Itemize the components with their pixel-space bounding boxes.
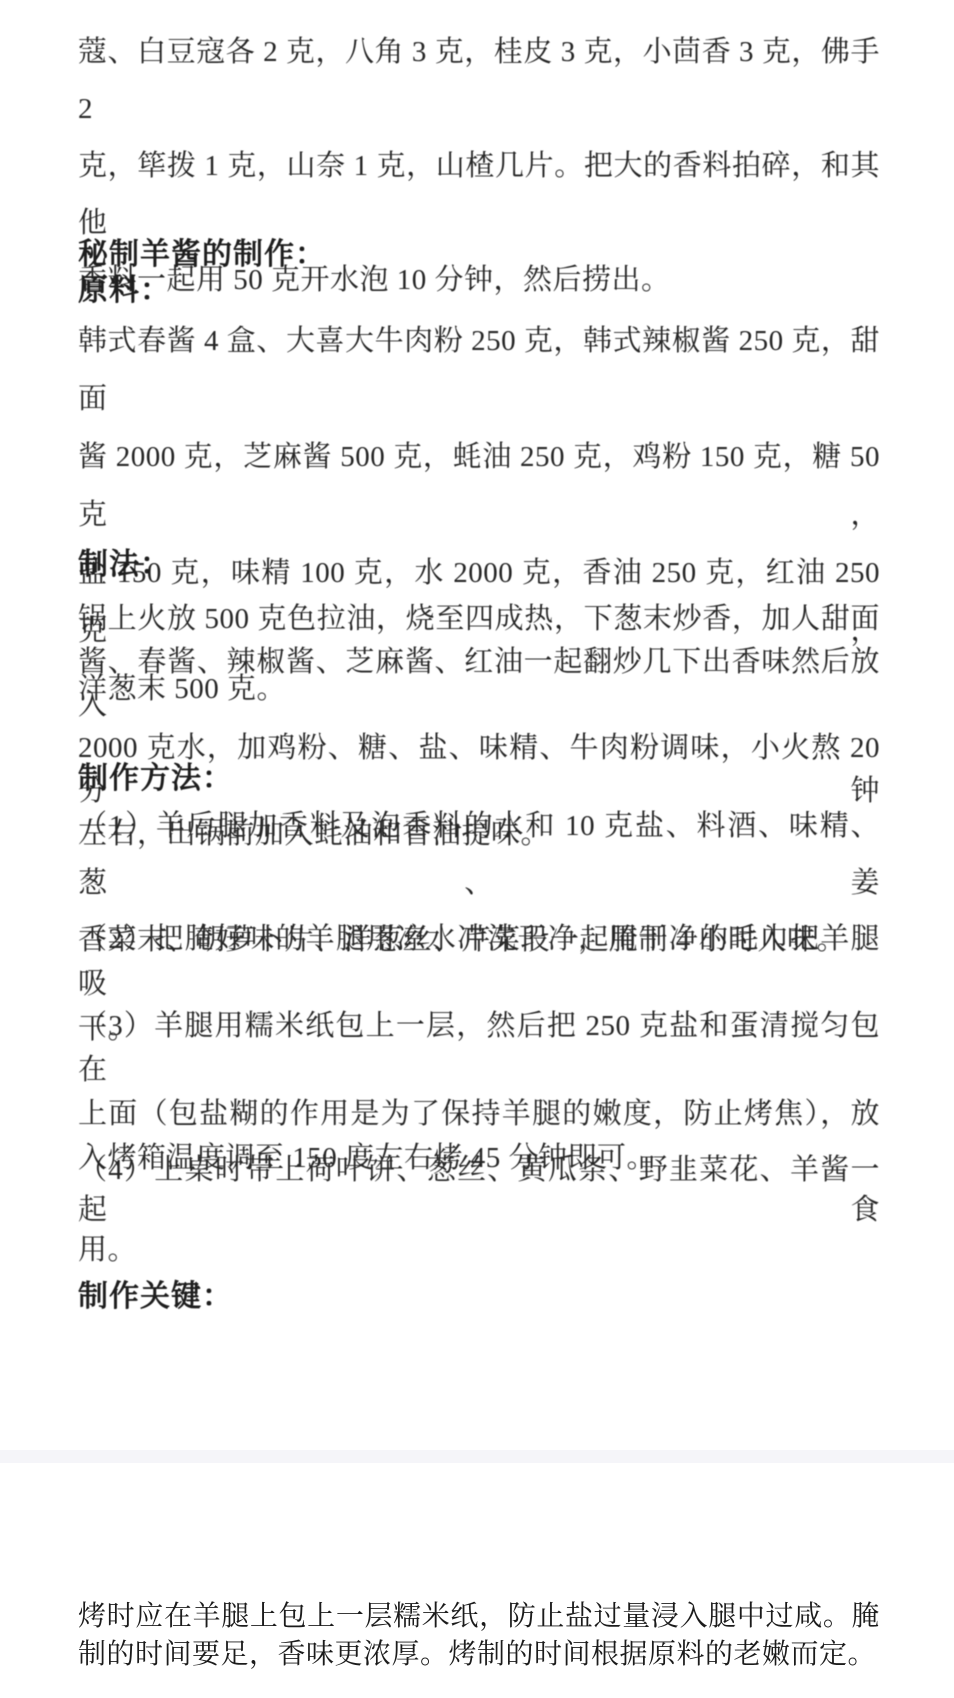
procedure-step-4: （4）上桌时带上荷叶饼、葱丝、黄瓜条、野韭菜花、羊酱一起食 用。 bbox=[78, 1150, 880, 1270]
text-line: （1）羊后腿加香料及泡香料的水和 10 克盐、料酒、味精、葱、姜 bbox=[78, 798, 880, 912]
text-line: 烤时应在羊腿上包上一层糯米纸，防止盐过量浸入腿中过咸。腌 bbox=[78, 1598, 880, 1636]
text-line: （2）把腌好味的羊腿用凉水冲洗干净，用干净的毛巾把羊腿吸 bbox=[78, 917, 880, 1007]
text-line: 蔻、白豆寇各 2 克，八角 3 克，桂皮 3 克，小茴香 3 克，佛手 2 bbox=[78, 24, 880, 138]
key-points-note: 烤时应在羊腿上包上一层糯米纸，防止盐过量浸入腿中过咸。腌 制的时间要足，香味更浓… bbox=[78, 1598, 880, 1674]
text-line: 酱 2000 克，芝麻酱 500 克，蚝油 250 克，鸡粉 150 克，糖 5… bbox=[78, 428, 880, 544]
text-line: 上面（包盐糊的作用是为了保持羊腿的嫩度，防止烤焦），放 bbox=[78, 1092, 880, 1136]
key-points-heading: 制作关键： bbox=[78, 1280, 880, 1314]
document-page: 蔻、白豆寇各 2 克，八角 3 克，桂皮 3 克，小茴香 3 克，佛手 2 克，… bbox=[0, 0, 954, 1698]
text-line: 韩式春酱 4 盒、大喜大牛肉粉 250 克，韩式辣椒酱 250 克，甜面 bbox=[78, 312, 880, 428]
text-line: 制的时间要足，香味更浓厚。烤制的时间根据原料的老嫩而定。 bbox=[78, 1636, 880, 1674]
method-heading: 制法： bbox=[78, 548, 880, 582]
text-line: 用。 bbox=[78, 1230, 880, 1270]
sauce-section-title: 秘制羊酱的制作： bbox=[78, 238, 880, 272]
page-separator-band bbox=[0, 1450, 954, 1463]
text-line: 酱、春酱、辣椒酱、芝麻酱、红油一起翻炒几下出香味然后放入 bbox=[78, 641, 880, 727]
text-line: （3）羊腿用糯米纸包上一层，然后把 250 克盐和蛋清搅匀包在 bbox=[78, 1004, 880, 1092]
text-line: （4）上桌时带上荷叶饼、葱丝、黄瓜条、野韭菜花、羊酱一起食 bbox=[78, 1150, 880, 1230]
procedure-heading: 制作方法： bbox=[78, 762, 880, 796]
ingredients-heading: 原料： bbox=[78, 274, 880, 308]
text-line: 锅上火放 500 克色拉油，烧至四成热，下葱末炒香，加人甜面 bbox=[78, 598, 880, 641]
text-line: 克，筚拨 1 克，山奈 1 克，山楂几片。把大的香料拍碎，和其他 bbox=[78, 138, 880, 252]
